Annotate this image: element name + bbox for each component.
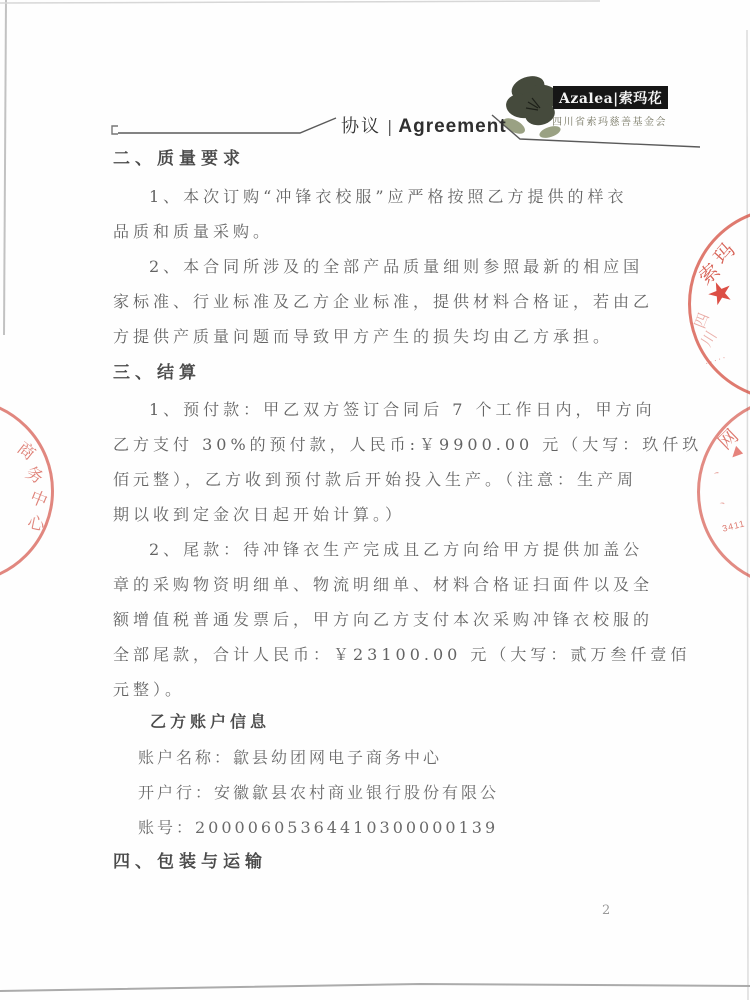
seal-char: 、 bbox=[711, 485, 735, 509]
red-seal-right-lower: 网 、 、 3411 bbox=[697, 396, 750, 588]
quality-paragraph-2: 2、本合同所涉及的全部产品质量细则参照最新的相应国 家标准、行业标准及乙方企业标… bbox=[113, 249, 643, 354]
seal-char: 中 bbox=[27, 483, 52, 513]
title-en: Agreement bbox=[398, 116, 506, 137]
contract-line: 1、本次订购“冲锋衣校服”应严格按照乙方提供的样衣 bbox=[113, 179, 643, 214]
seal-wedge-mark bbox=[732, 446, 744, 460]
quality-paragraph-1: 1、本次订购“冲锋衣校服”应严格按照乙方提供的样衣 品质和质量采购。 bbox=[113, 179, 643, 249]
contract-line: 方提供产质量问题而导致甲方产生的损失均由乙方承担。 bbox=[113, 319, 643, 354]
seal-char: 心 bbox=[26, 508, 48, 536]
contract-line: 全部尾款，合计人民币：￥23100.00 元（大写：贰万叁仟壹佰 bbox=[113, 637, 643, 672]
page-number: 2 bbox=[602, 903, 610, 918]
section-heading-settlement: 三、结算 bbox=[113, 358, 201, 383]
account-number-line: 账号：20000605364410300000139 bbox=[138, 815, 498, 838]
title-separator: | bbox=[387, 117, 392, 136]
seal-char: 索 bbox=[691, 255, 725, 290]
section-heading-quality: 二、质量要求 bbox=[113, 144, 245, 169]
settlement-paragraph-2: 2、尾款：待冲锋衣生产完成且乙方向给甲方提供加盖公 章的采购物资明细单、物流明细… bbox=[113, 532, 643, 707]
contract-line: 乙方支付 30%的预付款，人民币:￥9900.00 元（大写：玖仟玖 bbox=[113, 427, 643, 462]
star-icon: ★ bbox=[701, 272, 739, 315]
seal-char: 网 bbox=[711, 422, 743, 455]
seal-char: 务 bbox=[22, 458, 49, 488]
contract-line: 家标准、行业标准及乙方企业标准，提供材料合格证，若由乙 bbox=[113, 284, 643, 319]
settlement-paragraph-1: 1、预付款：甲乙双方签订合同后 7 个工作日内，甲方向 乙方支付 30%的预付款… bbox=[113, 392, 643, 532]
account-bank-line: 开户行：安徽歙县农村商业银行股份有限公 bbox=[138, 780, 499, 803]
scanned-contract-page: Azalea|索玛花 四川省索玛慈善基金会 协议|Agreement 二、质量要… bbox=[0, 0, 750, 1000]
seal-code: 3411 bbox=[721, 518, 746, 533]
red-seal-right-upper: 玛 索 ★ 四 川 ····· bbox=[688, 207, 750, 401]
seal-char: 、 bbox=[703, 456, 727, 478]
contract-line: 品质和质量采购。 bbox=[113, 214, 643, 249]
contract-line: 1、预付款：甲乙双方签订合同后 7 个工作日内，甲方向 bbox=[113, 392, 643, 427]
section-heading-packaging: 四、包装与运输 bbox=[113, 847, 267, 872]
document-title: 协议|Agreement bbox=[341, 112, 507, 138]
account-name-line: 账户名称：歙县幼团网电子商务中心 bbox=[138, 745, 442, 768]
contract-line: 章的采购物资明细单、物流明细单、材料合格证扫面件以及全 bbox=[113, 567, 643, 602]
seal-char: 商 bbox=[13, 434, 42, 464]
seal-dots: ····· bbox=[704, 353, 728, 369]
title-zh: 协议 bbox=[341, 116, 381, 137]
contract-line: 2、尾款：待冲锋衣生产完成且乙方向给甲方提供加盖公 bbox=[113, 532, 643, 567]
seal-char: 川 bbox=[696, 327, 722, 351]
contract-line: 佰元整），乙方收到预付款后开始投入生产。（注意：生产周 bbox=[113, 462, 643, 497]
contract-line: 元整）。 bbox=[113, 672, 643, 707]
contract-line: 额增值税普通发票后，甲方向乙方支付本次采购冲锋衣校服的 bbox=[113, 602, 643, 637]
contract-line: 2、本合同所涉及的全部产品质量细则参照最新的相应国 bbox=[113, 249, 643, 284]
contract-line: 期以收到定金次日起开始计算。） bbox=[113, 497, 643, 532]
seal-char: 玛 bbox=[706, 235, 741, 269]
red-seal-left: 商 务 中 心 bbox=[0, 398, 54, 584]
seal-char: 四 bbox=[689, 310, 714, 332]
account-info-heading: 乙方账户信息 bbox=[150, 709, 270, 732]
